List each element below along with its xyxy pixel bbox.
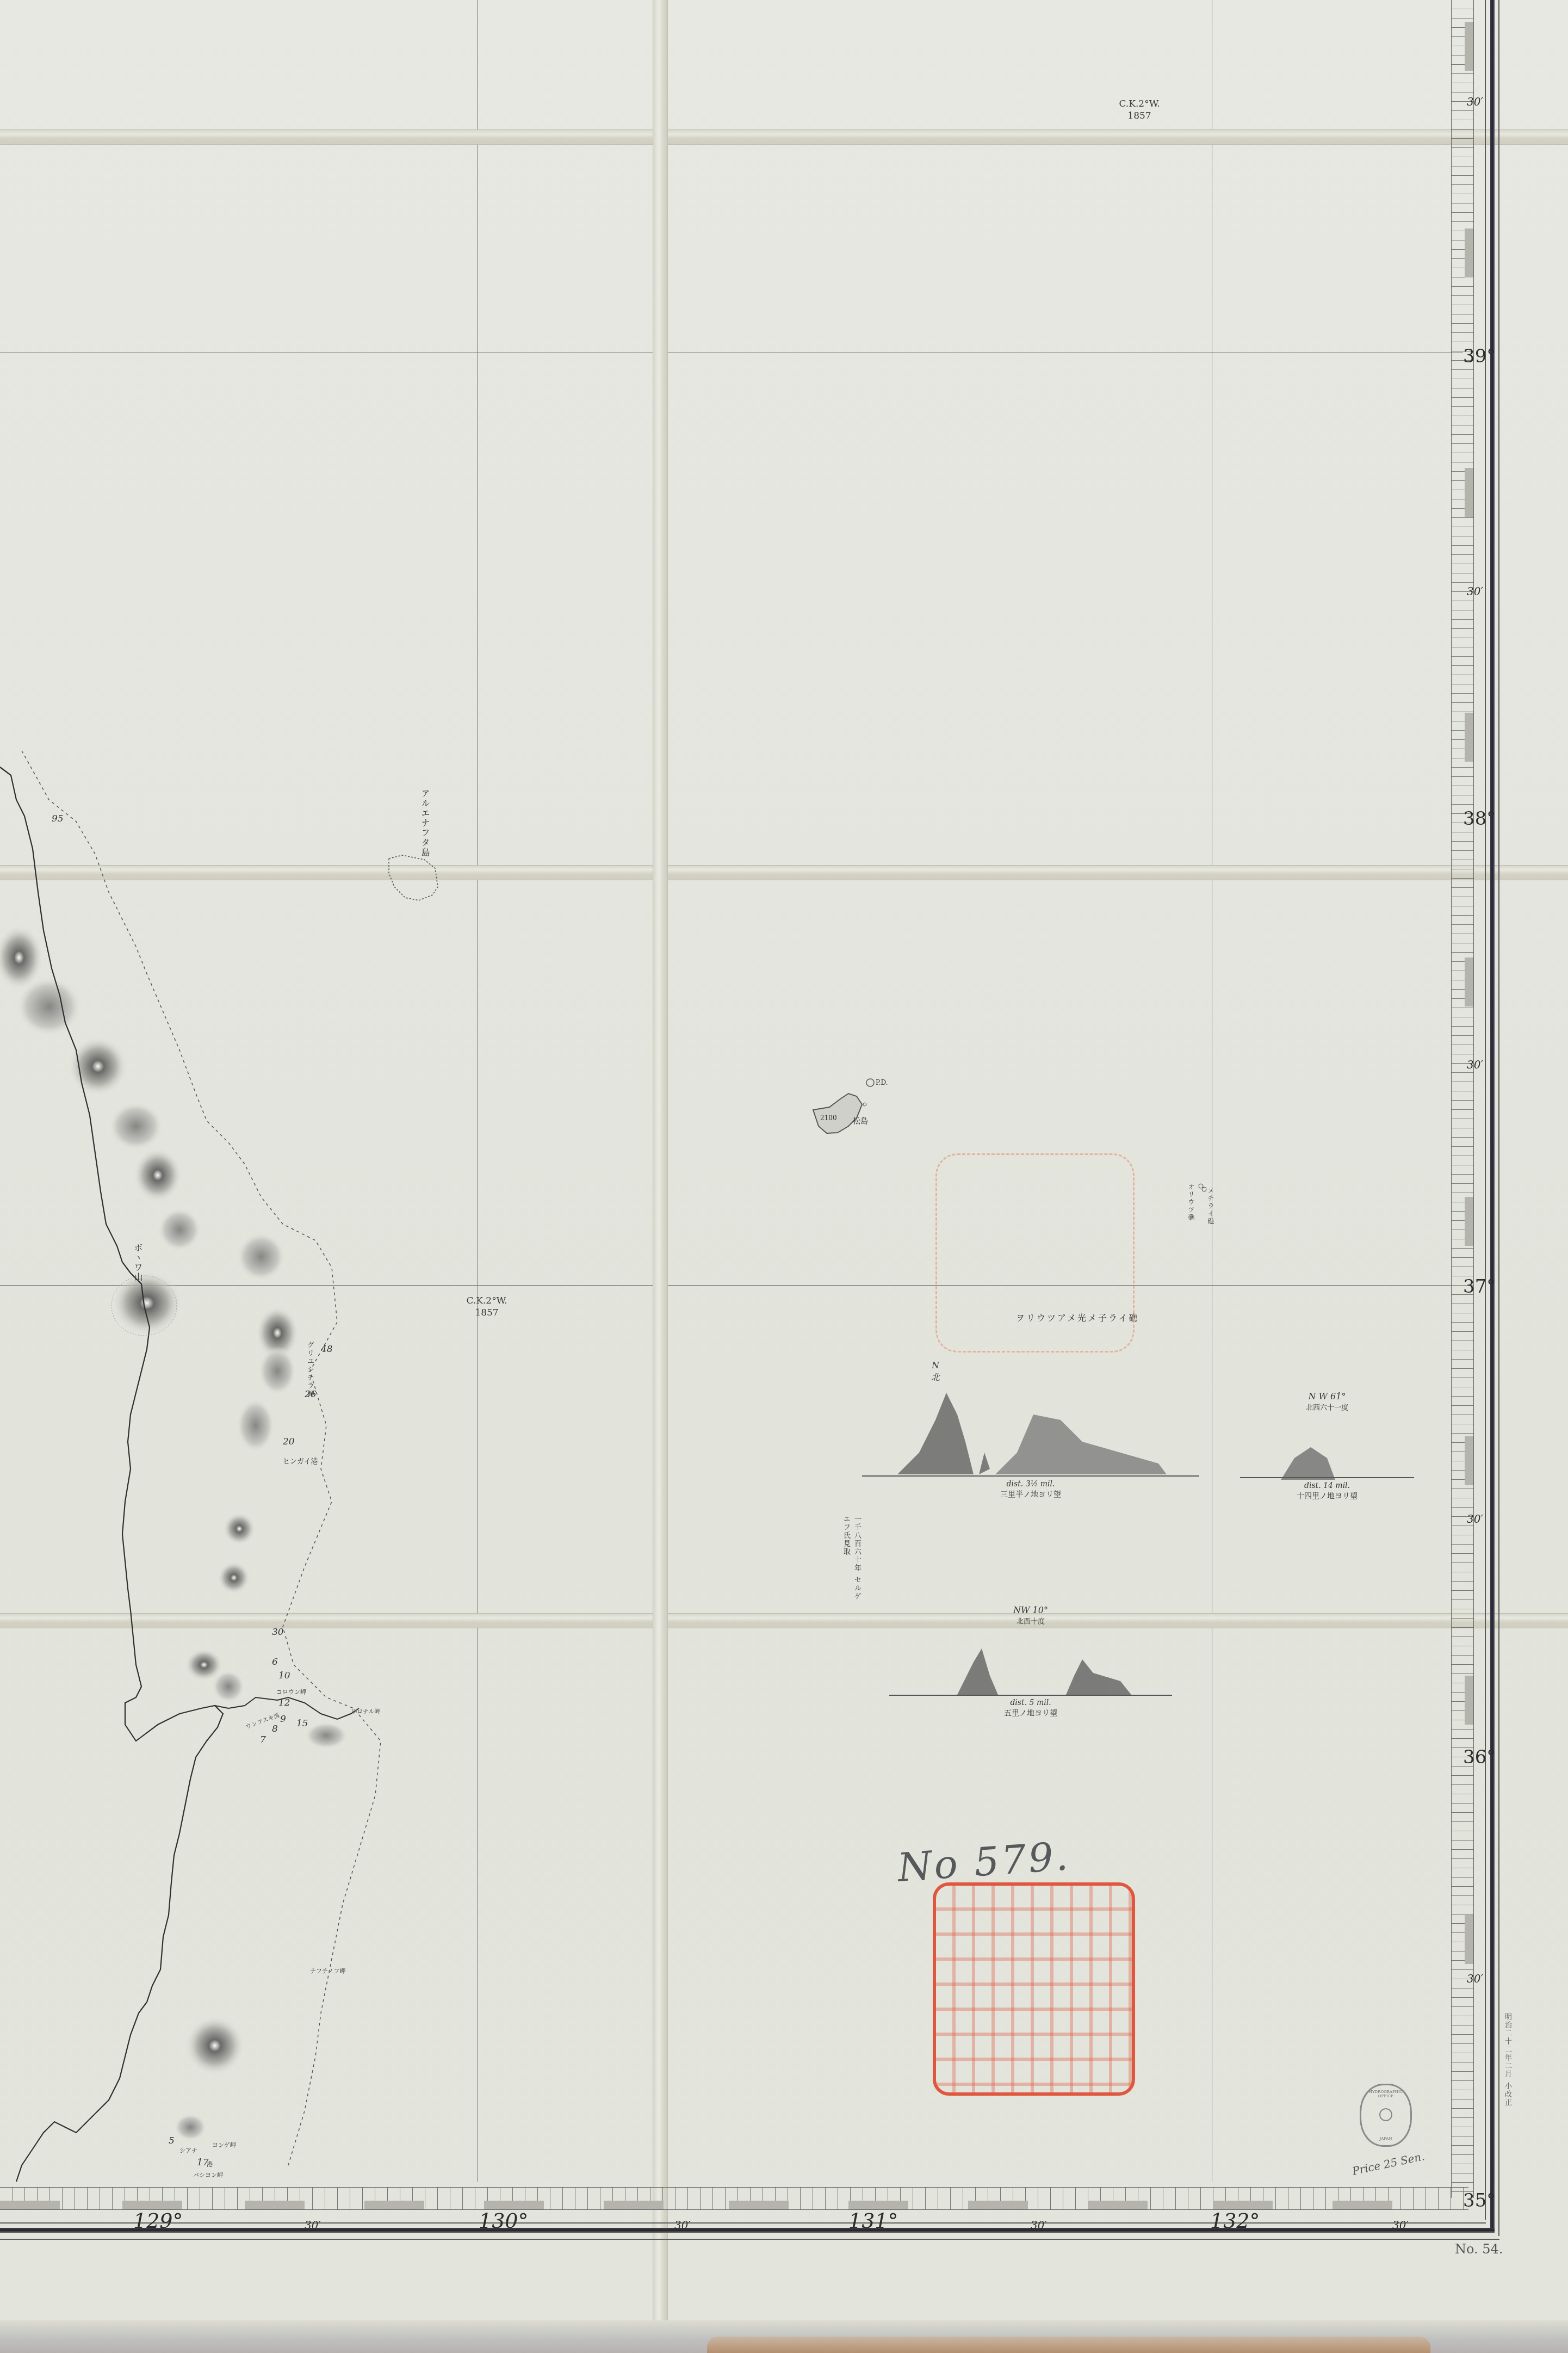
sounding: 6: [272, 1657, 278, 1668]
hydrographic-office-emblem: HYDROGRAPHIC OFFICE JAPAN: [1360, 2084, 1412, 2147]
sounding: 5: [169, 2135, 175, 2146]
coastal-view-2: N W 61° 北西六十一度 dist. 14 mil. 十四里ノ地ヨリ望: [1240, 1390, 1414, 1499]
page-edge-cover: [707, 2337, 1430, 2353]
label-cape-4: ナフチノフ岬: [310, 1967, 345, 1975]
sounding: 8: [272, 1724, 278, 1734]
matsushima-island: [813, 1094, 862, 1133]
revision-note: 明治二十二年二月 小改正: [1502, 2013, 1513, 2106]
label-cape-2: コロウン岬: [276, 1688, 306, 1696]
label-cape-5: ヨンゲ岬: [212, 2141, 236, 2150]
source-note: 一千八百六十年 セルゲエフ氏見取: [840, 1515, 862, 1608]
chart-number: No. 54.: [1455, 2241, 1503, 2257]
label-rocks-1: メチライ礁: [1206, 1187, 1216, 1225]
sounding: 15: [296, 1718, 308, 1729]
island-height: 2100: [820, 1114, 837, 1122]
sounding: 48: [321, 1344, 333, 1355]
label-cape-6: バシヨン岬: [193, 2171, 223, 2179]
label-port-1: ヒンガイ港: [283, 1455, 318, 1466]
sounding: 10: [278, 1670, 290, 1681]
label-bay-2: シアナ: [179, 2146, 197, 2155]
label-borowa-mountain: ボヽワ山: [132, 1243, 144, 1282]
label-matsushima: 松島: [853, 1115, 868, 1126]
label-cape-3: リロナル岬: [351, 1707, 380, 1716]
faded-seal-impression: [935, 1153, 1135, 1352]
sounding: 20: [283, 1436, 295, 1447]
dotted-island-outline: [389, 855, 438, 900]
coastal-view-3: NW 10° 北西十度 dist. 5 mil. 五里ノ地ヨリ望: [889, 1605, 1172, 1714]
sounding: 95: [52, 813, 64, 824]
sounding: 26: [305, 1389, 317, 1400]
sounding: 9: [280, 1714, 286, 1725]
emblem-center-icon: [1379, 2108, 1392, 2121]
coastal-view-1: N 北 dist. 3½ mil. 三里半ノ地ヨリ望: [862, 1355, 1199, 1496]
view-1-distance: dist. 3½ mil. 三里半ノ地ヨリ望: [862, 1480, 1199, 1499]
sounding: 30: [272, 1627, 284, 1638]
sounding: 7: [260, 1734, 266, 1745]
position-doubtful-mark: P.D.: [876, 1079, 888, 1086]
relief-shading: [0, 925, 348, 2141]
view-1-heading: N 北: [672, 1360, 1199, 1383]
view-2-distance: dist. 14 mil. 十四里ノ地ヨリ望: [1240, 1481, 1414, 1501]
view-3-distance: dist. 5 mil. 五里ノ地ヨリ望: [889, 1699, 1172, 1718]
red-ownership-seal: [933, 1882, 1135, 2096]
sounding: 17: [197, 2157, 209, 2168]
view-3-heading: NW 10° 北西十度: [889, 1605, 1172, 1626]
sounding: 12: [278, 1697, 290, 1708]
label-rocks-2: オリウツ礁: [1187, 1183, 1196, 1221]
coastline-map: [0, 0, 1568, 2353]
view-2-heading: N W 61° 北西六十一度: [1240, 1391, 1414, 1412]
label-arue-nafta-island: アルエナフタ島: [419, 789, 431, 857]
